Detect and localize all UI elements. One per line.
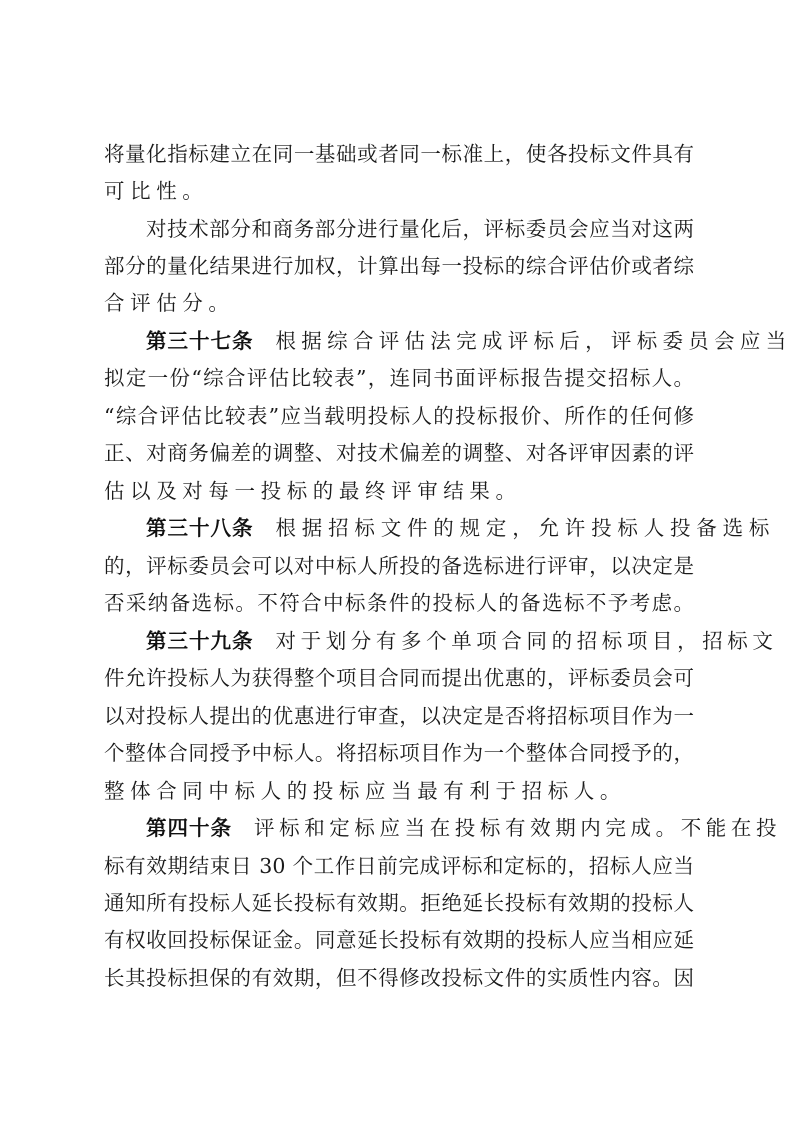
text-line: 有权收回投标保证金。同意延长投标有效期的投标人应当相应延	[104, 927, 694, 953]
document-page: 将量化指标建立在同一基础或者同一标准上，使各投标文件具有 可比性。 对技术部分和…	[0, 0, 793, 1122]
text-line: 部分的量化结果进行加权，计算出每一投标的综合评估价或者综	[104, 253, 694, 279]
article-40-heading: 第四十条	[146, 816, 232, 840]
text-line: 正、对商务偏差的调整、对技术偏差的调整、对各评审因素的评	[104, 440, 694, 466]
text-line: 整体合同中标人的投标应当最有利于招标人。	[104, 778, 694, 804]
text-line: 否采纳备选标。不符合中标条件的投标人的备选标不予考虑。	[104, 590, 694, 616]
text-line: 个整体合同授予中标人。将招标项目作为一个整体合同授予的，	[104, 740, 694, 766]
article-37-heading: 第三十七条	[146, 329, 254, 353]
text-line: 可比性。	[104, 178, 694, 204]
text-line: 合评估分。	[104, 290, 694, 316]
text-line: 估以及对每一投标的最终评审结果。	[104, 478, 694, 504]
text-run: 对于划分有多个单项合同的招标项目，招标文	[276, 629, 778, 653]
text-line: “综合评估比较表”应当载明投标人的投标报价、所作的任何修	[104, 403, 694, 429]
text-run: 根据综合评估法完成评标后，评标委员会应当	[276, 329, 792, 353]
text-run: 评标和定标应当在投标有效期内完成。不能在投	[254, 816, 781, 840]
article-38-heading: 第三十八条	[146, 516, 254, 540]
text-line: 件允许投标人为获得整个项目合同而提出优惠的，评标委员会可	[104, 665, 694, 691]
article-39-heading: 第三十九条	[146, 629, 254, 653]
text-line: 标有效期结束日 30 个工作日前完成评标和定标的，招标人应当	[104, 853, 694, 879]
text-line: 以对投标人提出的优惠进行审查，以决定是否将招标项目作为一	[104, 703, 694, 729]
article-37-first-line: 第三十七条根据综合评估法完成评标后，评标委员会应当	[146, 328, 694, 354]
article-40-first-line: 第四十条评标和定标应当在投标有效期内完成。不能在投	[146, 815, 694, 841]
article-39-first-line: 第三十九条对于划分有多个单项合同的招标项目，招标文	[146, 628, 694, 654]
text-line: 的，评标委员会可以对中标人所投的备选标进行评审，以决定是	[104, 553, 694, 579]
text-line: 长其投标担保的有效期，但不得修改投标文件的实质性内容。因	[104, 965, 694, 991]
text-line: 将量化指标建立在同一基础或者同一标准上，使各投标文件具有	[104, 141, 694, 167]
text-run: 根据招标文件的规定，允许投标人投备选标	[276, 516, 776, 540]
text-line: 拟定一份“综合评估比较表”，连同书面评标报告提交招标人。	[104, 365, 694, 391]
text-line: 对技术部分和商务部分进行量化后，评标委员会应当对这两	[146, 216, 694, 242]
text-line: 通知所有投标人延长投标有效期。拒绝延长投标有效期的投标人	[104, 890, 694, 916]
article-38-first-line: 第三十八条根据招标文件的规定，允许投标人投备选标	[146, 515, 694, 541]
